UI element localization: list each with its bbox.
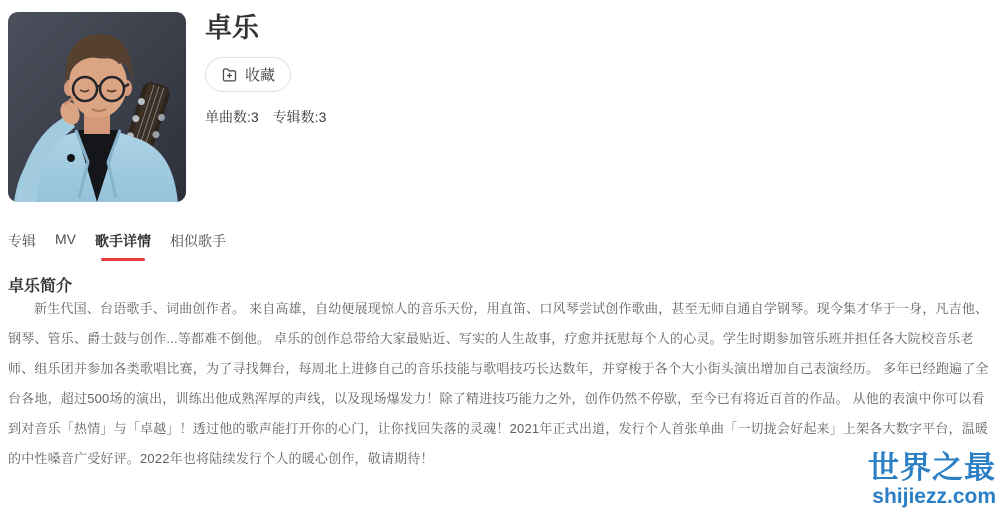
singles-count: 单曲数:3 bbox=[205, 107, 259, 127]
tab-albums-label: 专辑 bbox=[8, 233, 36, 249]
artist-photo-illustration bbox=[8, 12, 186, 202]
artist-name: 卓乐 bbox=[205, 12, 326, 44]
site-watermark: 世界之最 shijiezz.com bbox=[868, 452, 996, 507]
artist-bio-text: 新生代国、台语歌手、词曲创作者。 来自高雄，自幼便展现惊人的音乐天份，用直笛、口… bbox=[8, 294, 991, 474]
favorite-button[interactable]: 收藏 bbox=[205, 57, 291, 92]
watermark-domain: shijiezz.com bbox=[868, 486, 996, 507]
bio-section-title: 卓乐简介 bbox=[8, 273, 72, 296]
tab-artist-details-label: 歌手详情 bbox=[95, 233, 151, 249]
artist-profile-page: 卓乐 收藏 单曲数:3 专辑数:3 专辑 MV 歌手详情 bbox=[0, 0, 1000, 510]
tab-mv[interactable]: MV bbox=[55, 231, 76, 261]
folder-plus-icon bbox=[221, 66, 238, 83]
artist-stats: 单曲数:3 专辑数:3 bbox=[205, 107, 326, 127]
artist-photo bbox=[8, 12, 186, 202]
tab-artist-details[interactable]: 歌手详情 bbox=[95, 231, 151, 261]
tab-albums[interactable]: 专辑 bbox=[8, 231, 36, 261]
profile-tabs: 专辑 MV 歌手详情 相似歌手 bbox=[8, 231, 226, 261]
watermark-title: 世界之最 bbox=[868, 452, 996, 483]
favorite-button-label: 收藏 bbox=[245, 64, 275, 85]
artist-header: 卓乐 收藏 单曲数:3 专辑数:3 bbox=[205, 12, 326, 127]
tab-mv-label: MV bbox=[55, 231, 76, 247]
albums-count: 专辑数:3 bbox=[273, 107, 327, 127]
tab-similar-artists[interactable]: 相似歌手 bbox=[170, 231, 226, 261]
tab-similar-artists-label: 相似歌手 bbox=[170, 233, 226, 249]
